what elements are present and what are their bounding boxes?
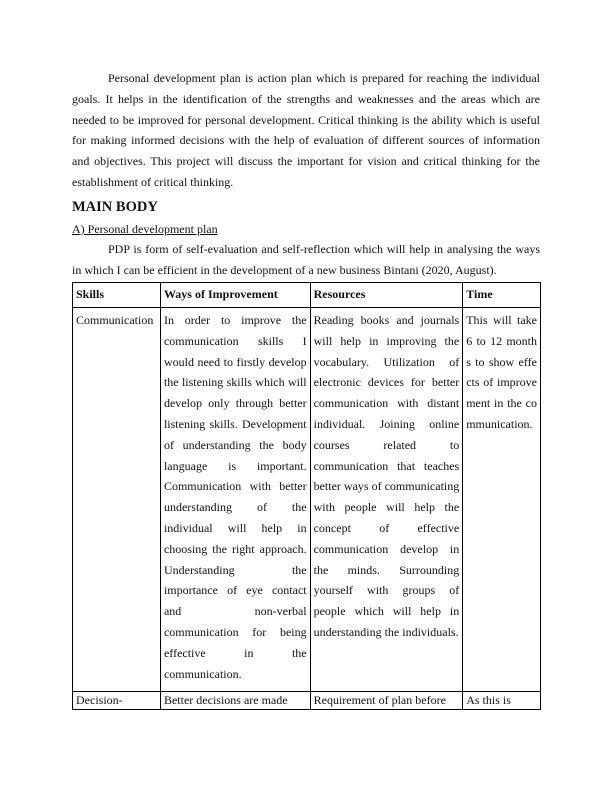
cell-skill: Communication (73, 308, 161, 692)
header-resources: Resources (310, 283, 463, 308)
main-body-heading: MAIN BODY (72, 197, 540, 217)
section-a-title: A) Personal development plan (72, 219, 540, 239)
pdp-paragraph: PDP is form of self-evaluation and self-… (72, 239, 540, 281)
table-header-row: Skills Ways of Improvement Resources Tim… (73, 283, 541, 308)
cell-improvement: In order to improve the communication sk… (160, 308, 310, 692)
cell-skill: Decision- (73, 692, 161, 710)
cell-resources: Requirement of plan before (310, 692, 463, 710)
document-page: Personal development plan is action plan… (72, 68, 540, 280)
header-time: Time (463, 283, 541, 308)
header-ways-of-improvement: Ways of Improvement (160, 283, 310, 308)
pdp-table: Skills Ways of Improvement Resources Tim… (72, 282, 541, 710)
table-row: Decision- Better decisions are made Requ… (73, 692, 541, 710)
cell-resources: Reading books and journals will help in … (310, 308, 463, 692)
intro-paragraph: Personal development plan is action plan… (72, 68, 540, 193)
header-skills: Skills (73, 283, 161, 308)
cell-improvement: Better decisions are made (160, 692, 310, 710)
cell-time: As this is (463, 692, 541, 710)
table-row: Communication In order to improve the co… (73, 308, 541, 692)
cell-time: This will take 6 to 12 months to show ef… (463, 308, 541, 692)
